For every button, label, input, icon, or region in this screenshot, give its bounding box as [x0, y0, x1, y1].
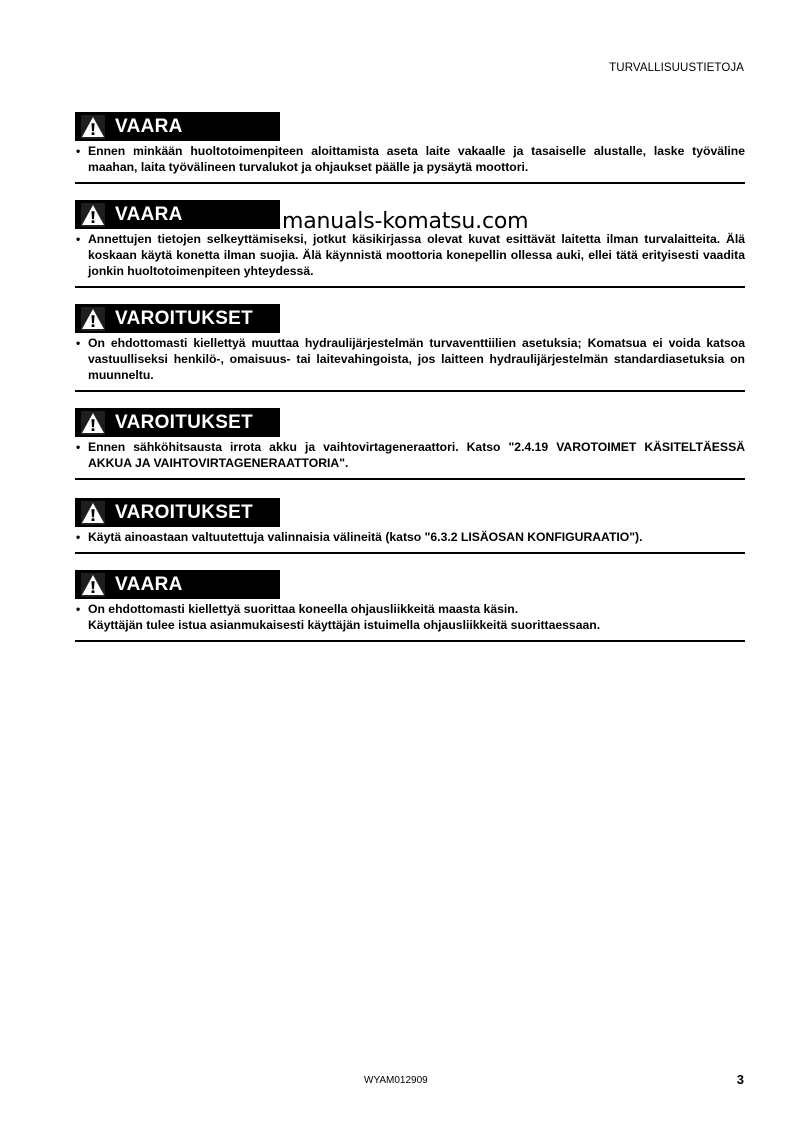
notice-body: •Käytä ainoastaan valtuutettuja valinnai…: [75, 529, 745, 545]
section-divider: [75, 182, 745, 184]
bullet-icon: •: [76, 439, 80, 455]
warning-badge: VAROITUKSET: [75, 408, 280, 437]
notice-label: VAARA: [115, 117, 183, 136]
notice-danger: VAARA•On ehdottomasti kiellettyä suoritt…: [75, 570, 745, 642]
notice-body: •Annettujen tietojen selkeyttämiseksi, j…: [75, 231, 745, 279]
notice-text: Annettujen tietojen selkeyttämiseksi, jo…: [88, 231, 745, 279]
notice-text: On ehdottomasti kiellettyä muuttaa hydra…: [88, 335, 745, 383]
section-divider: [75, 286, 745, 288]
notice-warning: VAROITUKSET•On ehdottomasti kiellettyä m…: [75, 304, 745, 392]
bullet-icon: •: [76, 601, 80, 617]
bullet-icon: •: [76, 335, 80, 351]
notice-text: Käytä ainoastaan valtuutettuja valinnais…: [88, 529, 745, 545]
notice-label: VAROITUKSET: [115, 413, 253, 432]
warning-triangle-icon: [81, 203, 105, 227]
notice-text: On ehdottomasti kiellettyä suorittaa kon…: [88, 601, 745, 617]
notice-warning: VAROITUKSET•Käytä ainoastaan valtuutettu…: [75, 498, 745, 554]
notice-body: •On ehdottomasti kiellettyä suorittaa ko…: [75, 601, 745, 633]
watermark: manuals-komatsu.com: [282, 209, 528, 234]
section-divider: [75, 390, 745, 392]
warning-badge: VAROITUKSET: [75, 304, 280, 333]
document-code: WYAM012909: [364, 1075, 428, 1086]
danger-badge: VAARA: [75, 570, 280, 599]
section-title: TURVALLISUUSTIETOJA: [609, 62, 744, 74]
warning-triangle-icon: [81, 115, 105, 139]
notice-label: VAROITUKSET: [115, 309, 253, 328]
page-number: 3: [737, 1072, 744, 1087]
danger-badge: VAARA: [75, 200, 280, 229]
bullet-icon: •: [76, 143, 80, 159]
warning-triangle-icon: [81, 573, 105, 597]
notice-danger: VAARA•Ennen minkään huoltotoimenpiteen a…: [75, 112, 745, 184]
notice-warning: VAROITUKSET•Ennen sähköhitsausta irrota …: [75, 408, 745, 480]
bullet-icon: •: [76, 529, 80, 545]
notice-text: Ennen sähköhitsausta irrota akku ja vaih…: [88, 439, 745, 471]
notice-body: •Ennen minkään huoltotoimenpiteen aloitt…: [75, 143, 745, 175]
warning-triangle-icon: [81, 501, 105, 525]
warning-triangle-icon: [81, 411, 105, 435]
notice-body: •Ennen sähköhitsausta irrota akku ja vai…: [75, 439, 745, 471]
notice-label: VAARA: [115, 205, 183, 224]
notice-body: •On ehdottomasti kiellettyä muuttaa hydr…: [75, 335, 745, 383]
section-divider: [75, 640, 745, 642]
warning-badge: VAROITUKSET: [75, 498, 280, 527]
warning-triangle-icon: [81, 307, 105, 331]
section-divider: [75, 552, 745, 554]
danger-badge: VAARA: [75, 112, 280, 141]
notice-text: Ennen minkään huoltotoimenpiteen aloitta…: [88, 143, 745, 175]
notice-text: Käyttäjän tulee istua asianmukaisesti kä…: [88, 617, 745, 633]
section-divider: [75, 478, 745, 480]
notice-label: VAROITUKSET: [115, 503, 253, 522]
notice-label: VAARA: [115, 575, 183, 594]
bullet-icon: •: [76, 231, 80, 247]
